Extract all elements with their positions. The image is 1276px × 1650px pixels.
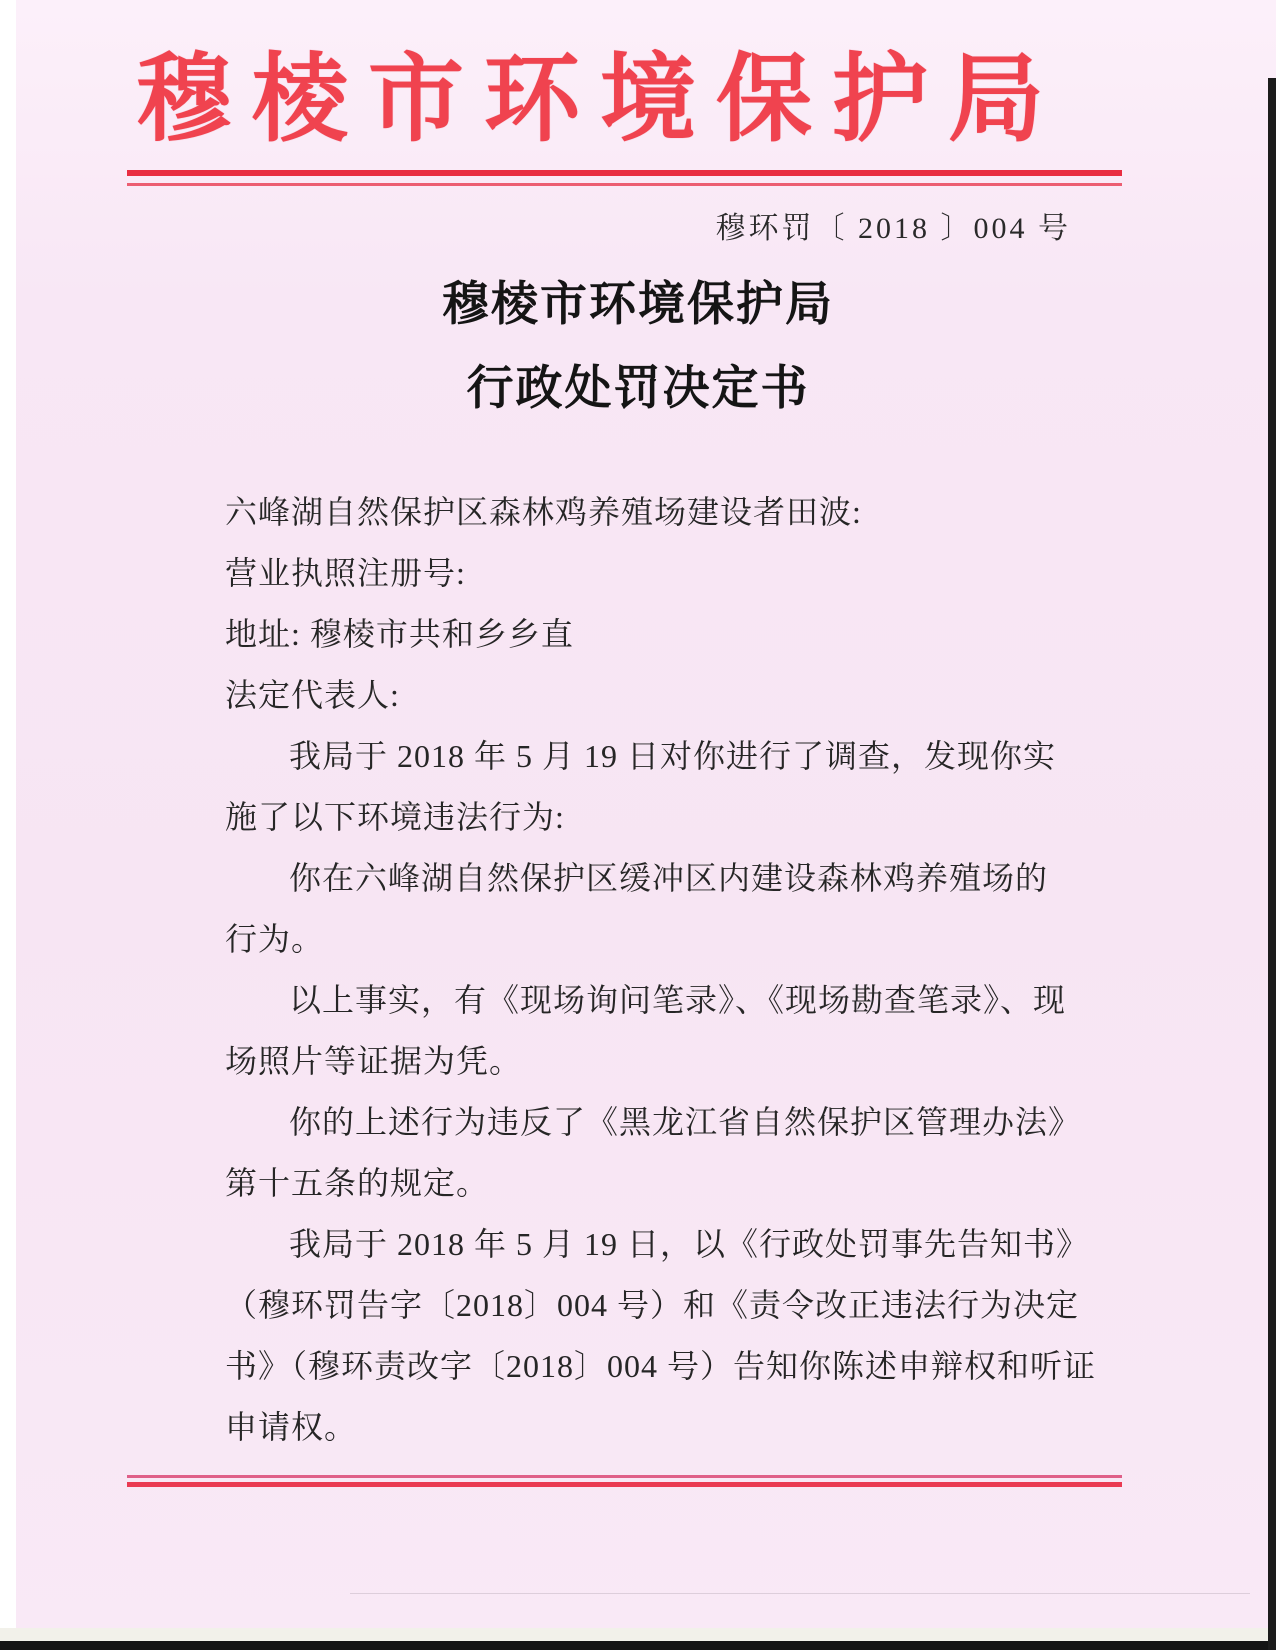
body-line: 你在六峰湖自然保护区缓冲区内建设森林鸡养殖场的 (225, 848, 1065, 909)
body-line-license-no: 营业执照注册号: (225, 543, 1065, 604)
footer-rule-thin (127, 1475, 1122, 1478)
title-line-decision: 行政处罚决定书 (0, 362, 1276, 414)
body-line: 第十五条的规定。 (225, 1153, 1065, 1214)
body-line: （穆环罚告字〔2018〕004 号）和《责令改正违法行为决定 (225, 1275, 1065, 1336)
scan-edge-bottom-white (0, 1628, 1276, 1641)
scan-edge-left (0, 0, 16, 1634)
body-line: 书》（穆环责改字〔2018〕004 号）告知你陈述申辩权和听证 (225, 1336, 1065, 1397)
document-body: 六峰湖自然保护区森林鸡养殖场建设者田波: 营业执照注册号: 地址: 穆棱市共和乡… (225, 482, 1065, 1458)
scan-edge-right-dark (1268, 78, 1276, 1650)
body-line: 行为。 (225, 909, 1065, 970)
body-line: 申请权。 (225, 1397, 1065, 1458)
letterhead-rule-thin (127, 183, 1122, 186)
letterhead-rule-thick (127, 170, 1122, 176)
document-number: 穆环罚〔 2018 〕004 号 (716, 203, 1072, 247)
body-line: 场照片等证据为凭。 (225, 1031, 1065, 1092)
footer-rule-thick (127, 1482, 1122, 1487)
body-line: 我局于 2018 年 5 月 19 日对你进行了调查，发现你实 (225, 726, 1065, 787)
body-line: 施了以下环境违法行为: (225, 787, 1065, 848)
document-title: 穆棱市环境保护局 行政处罚决定书 (0, 278, 1276, 414)
body-line-addressee: 六峰湖自然保护区森林鸡养殖场建设者田波: (225, 482, 1065, 543)
scan-artifact-streak (350, 1593, 1250, 1594)
letterhead-agency-title: 穆棱市环境保护局 (136, 44, 1064, 156)
scanned-document-page: 穆棱市环境保护局 穆环罚〔 2018 〕004 号 穆棱市环境保护局 行政处罚决… (0, 0, 1276, 1650)
body-line-address: 地址: 穆棱市共和乡乡直 (225, 604, 1065, 665)
body-line: 你的上述行为违反了《黑龙江省自然保护区管理办法》 (225, 1092, 1065, 1153)
scan-edge-bottom-dark (0, 1641, 1276, 1650)
body-line: 以上事实，有《现场询问笔录》、《现场勘查笔录》、现 (225, 970, 1065, 1031)
body-line: 我局于 2018 年 5 月 19 日，以《行政处罚事先告知书》 (225, 1214, 1065, 1275)
body-line-legal-rep: 法定代表人: (225, 665, 1065, 726)
title-line-agency: 穆棱市环境保护局 (0, 278, 1276, 330)
